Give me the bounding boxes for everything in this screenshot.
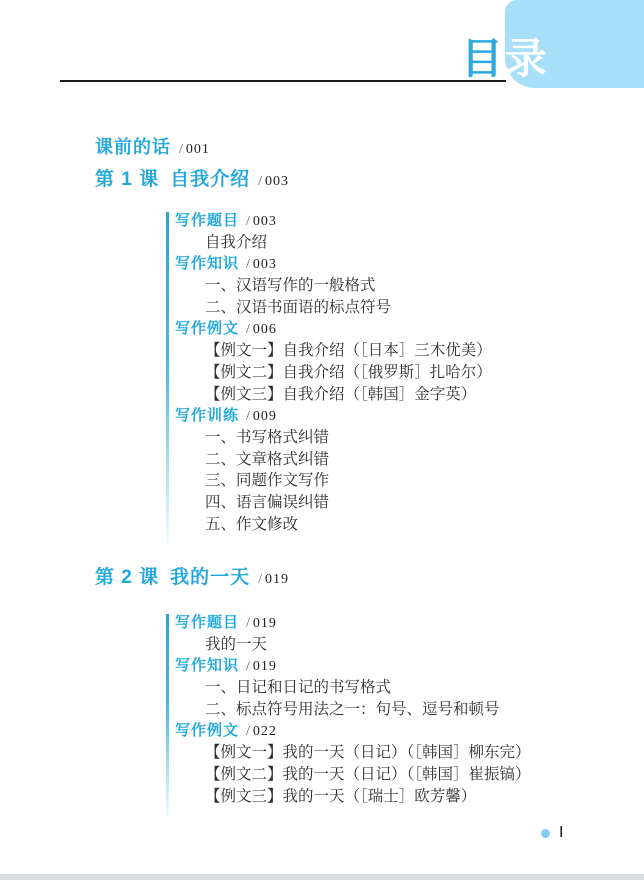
toc-item: 【例文二】自我介绍（［俄罗斯］扎哈尔） xyxy=(166,362,586,384)
section-label-row: 写作例文/022 xyxy=(166,720,586,742)
toc-item-text: 【例文二】自我介绍（［俄罗斯］扎哈尔） xyxy=(205,364,492,381)
toc-item-text: 一、书写格式纠错 xyxy=(205,429,329,446)
toc-item: 【例文一】我的一天（日记）（［韩国］柳东完） xyxy=(166,742,586,764)
toc-item-text: 【例文三】自我介绍（［韩国］金字英） xyxy=(205,386,476,403)
toc-item-text: 自我介绍 xyxy=(205,234,267,251)
toc-item: 自我介绍 xyxy=(166,232,586,254)
section-page-number: 019 xyxy=(253,659,277,674)
toc-item: 二、文章格式纠错 xyxy=(166,449,586,471)
section-label: 写作题目 xyxy=(175,212,239,229)
section-label-row: 写作知识/003 xyxy=(166,253,586,275)
page-title: 目录 xyxy=(461,38,549,80)
title-char-lu: 录 xyxy=(505,35,549,82)
page-separator: / xyxy=(246,409,250,424)
section-label: 写作训练 xyxy=(175,407,239,424)
toc-item-text: 二、文章格式纠错 xyxy=(205,451,329,468)
section-page-number: 019 xyxy=(253,616,277,631)
lesson-2-toc-block: 写作题目/019 我的一天 写作知识/019 一、日记和日记的书写格式 二、标点… xyxy=(166,612,586,808)
lesson-1-heading: 第 1 课自我介绍/003 xyxy=(95,168,289,194)
toc-item-text: 一、日记和日记的书写格式 xyxy=(205,679,391,696)
section-label-row: 写作知识/019 xyxy=(166,655,586,677)
lesson-2-title: 我的一天 xyxy=(170,567,250,588)
toc-item-text: 【例文一】我的一天（日记）（［韩国］柳东完） xyxy=(205,744,531,761)
page-separator: / xyxy=(258,174,262,189)
toc-item: 二、汉语书面语的标点符号 xyxy=(166,297,586,319)
section-label: 写作例文 xyxy=(175,722,239,739)
toc-item: 【例文三】我的一天（［瑞士］欧芳馨） xyxy=(166,786,586,808)
toc-item: 一、汉语写作的一般格式 xyxy=(166,275,586,297)
page-separator: / xyxy=(246,322,250,337)
toc-item: 二、标点符号用法之一：句号、逗号和顿号 xyxy=(166,699,586,721)
lesson-1-title: 自我介绍 xyxy=(170,169,250,190)
title-char-mu: 目 xyxy=(461,35,505,82)
page-separator: / xyxy=(246,214,250,229)
footer-page-marker: Ⅰ xyxy=(559,823,563,842)
page-separator: / xyxy=(258,572,262,587)
section-label-row: 写作例文/006 xyxy=(166,318,586,340)
toc-item: 【例文二】我的一天（日记）（［韩国］崔振镐） xyxy=(166,764,586,786)
toc-item: 一、日记和日记的书写格式 xyxy=(166,677,586,699)
preface-page-number: 001 xyxy=(186,142,210,157)
page-separator: / xyxy=(246,724,250,739)
toc-page: 目录 课前的话/001 第 1 课自我介绍/003 写作题目/003 自我介绍 … xyxy=(0,0,644,880)
toc-item-text: 四、语言偏误纠错 xyxy=(205,494,329,511)
section-accent-bar xyxy=(166,614,169,816)
lesson-2-number: 第 2 课 xyxy=(95,567,159,588)
toc-item: 【例文一】自我介绍（［日本］三木优美） xyxy=(166,340,586,362)
lesson-1-page-number: 003 xyxy=(265,174,289,189)
toc-item-text: 二、标点符号用法之一：句号、逗号和顿号 xyxy=(205,701,500,718)
header-rule xyxy=(60,80,506,82)
page-separator: / xyxy=(179,142,183,157)
section-accent-bar xyxy=(166,212,169,544)
section-page-number: 003 xyxy=(253,257,277,272)
section-label-row: 写作题目/003 xyxy=(166,210,586,232)
toc-item: 三、同题作文写作 xyxy=(166,470,586,492)
section-label-row: 写作训练/009 xyxy=(166,405,586,427)
page-separator: / xyxy=(246,616,250,631)
toc-item-text: 【例文一】自我介绍（［日本］三木优美） xyxy=(205,342,492,359)
toc-item: 一、书写格式纠错 xyxy=(166,427,586,449)
lesson-1-number: 第 1 课 xyxy=(95,169,159,190)
toc-item-text: 【例文二】我的一天（日记）（［韩国］崔振镐） xyxy=(205,766,531,783)
preface-label: 课前的话 xyxy=(95,137,171,157)
toc-item: 四、语言偏误纠错 xyxy=(166,492,586,514)
page-separator: / xyxy=(246,257,250,272)
section-label: 写作知识 xyxy=(175,255,239,272)
toc-item-text: 一、汉语写作的一般格式 xyxy=(205,277,376,294)
section-label: 写作例文 xyxy=(175,320,239,337)
lesson-2-page-number: 019 xyxy=(265,572,289,587)
toc-item-text: 二、汉语书面语的标点符号 xyxy=(205,299,391,316)
lesson-1-toc-block: 写作题目/003 自我介绍 写作知识/003 一、汉语写作的一般格式 二、汉语书… xyxy=(166,210,586,536)
toc-item: 【例文三】自我介绍（［韩国］金字英） xyxy=(166,384,586,406)
page-bottom-edge xyxy=(0,874,644,880)
toc-item-text: 【例文三】我的一天（［瑞士］欧芳馨） xyxy=(205,788,476,805)
section-page-number: 003 xyxy=(253,214,277,229)
toc-entry-preface: 课前的话/001 xyxy=(95,137,210,160)
section-label-row: 写作题目/019 xyxy=(166,612,586,634)
toc-item: 五、作文修改 xyxy=(166,514,586,536)
section-page-number: 006 xyxy=(253,322,277,337)
lesson-2-heading: 第 2 课我的一天/019 xyxy=(95,566,289,592)
toc-item-text: 五、作文修改 xyxy=(205,516,298,533)
section-label: 写作知识 xyxy=(175,657,239,674)
section-page-number: 022 xyxy=(253,724,277,739)
section-page-number: 009 xyxy=(253,409,277,424)
toc-item-text: 三、同题作文写作 xyxy=(205,472,329,489)
toc-item-text: 我的一天 xyxy=(205,636,267,653)
section-label: 写作题目 xyxy=(175,614,239,631)
page-separator: / xyxy=(246,659,250,674)
footer-dot-icon xyxy=(541,829,550,838)
toc-item: 我的一天 xyxy=(166,634,586,656)
